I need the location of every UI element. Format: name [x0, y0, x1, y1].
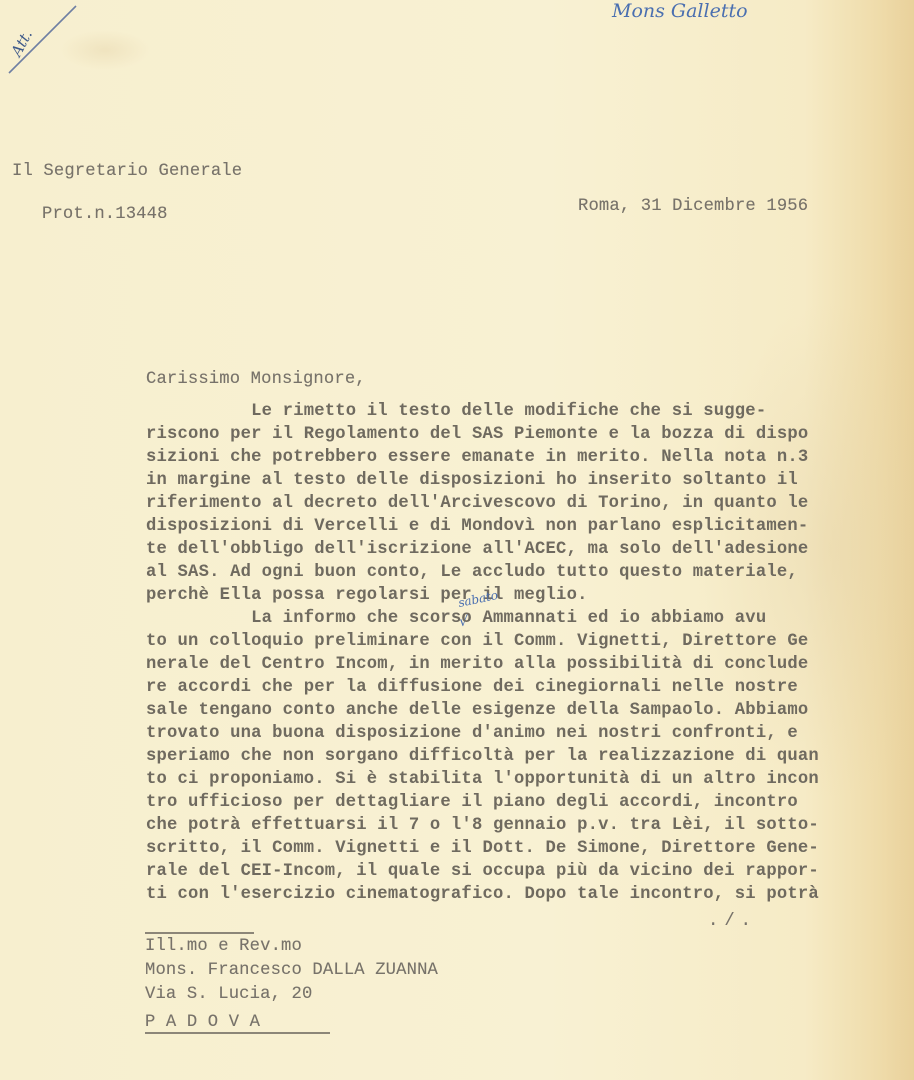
- text-line: sale tengano conto anche delle esigenze …: [146, 701, 808, 720]
- text-line: speriamo che non sorgano difficoltà per …: [146, 747, 819, 766]
- salutation: Carissimo Monsignore,: [146, 370, 366, 389]
- text-line: riscono per il Regolamento del SAS Piemo…: [146, 425, 808, 444]
- text-line: to un colloquio preliminare con il Comm.…: [146, 632, 808, 651]
- text-line: nerale del Centro Incom, in merito alla …: [146, 655, 808, 674]
- address-bottom-rule: [145, 1032, 330, 1034]
- text-line: che potrà effettuarsi il 7 o l'8 gennaio…: [146, 816, 819, 835]
- text-line: scritto, il Comm. Vignetti e il Dott. De…: [146, 839, 819, 858]
- text-line: to ci proponiamo. Si è stabilita l'oppor…: [146, 770, 819, 789]
- recipient-street: Via S. Lucia, 20: [145, 985, 312, 1004]
- text-line: riferimento al decreto dell'Arcivescovo …: [146, 494, 808, 513]
- text-line: La informo che scorso Ammannati ed io ab…: [146, 609, 766, 628]
- recipient-city: P A D O V A: [145, 1013, 260, 1032]
- continuation-mark: ./.: [708, 912, 757, 931]
- text-line: rale del CEI-Incom, il quale si occupa p…: [146, 862, 819, 881]
- text-line: al SAS. Ad ogni buon conto, Le accludo t…: [146, 563, 798, 582]
- text-line: re accordi che per la diffusione dei cin…: [146, 678, 798, 697]
- protocol-number: Prot.n.13448: [42, 205, 168, 224]
- handwritten-name-note: Mons Galletto: [612, 0, 748, 22]
- text-line: trovato una buona disposizione d'animo n…: [146, 724, 798, 743]
- address-top-rule: [145, 932, 254, 934]
- text-line: te dell'obbligo dell'iscrizione all'ACEC…: [146, 540, 808, 559]
- recipient-name: Mons. Francesco DALLA ZUANNA: [145, 961, 438, 980]
- text-line: perchè Ella possa regolarsi per il megli…: [146, 586, 588, 605]
- text-line: ti con l'esercizio cinematografico. Dopo…: [146, 885, 819, 904]
- recipient-honorific: Ill.mo e Rev.mo: [145, 937, 302, 956]
- text-line: disposizioni di Vercelli e di Mondovì no…: [146, 517, 808, 536]
- place-date: Roma, 31 Dicembre 1956: [578, 197, 808, 216]
- text-line: in margine al testo delle disposizioni h…: [146, 471, 798, 490]
- text-line: Le rimetto il testo delle modifiche che …: [146, 402, 766, 421]
- sender-title: Il Segretario Generale: [12, 162, 242, 181]
- text-line: sizioni che potrebbero essere emanate in…: [146, 448, 808, 467]
- text-line: tro ufficioso per dettagliare il piano d…: [146, 793, 798, 812]
